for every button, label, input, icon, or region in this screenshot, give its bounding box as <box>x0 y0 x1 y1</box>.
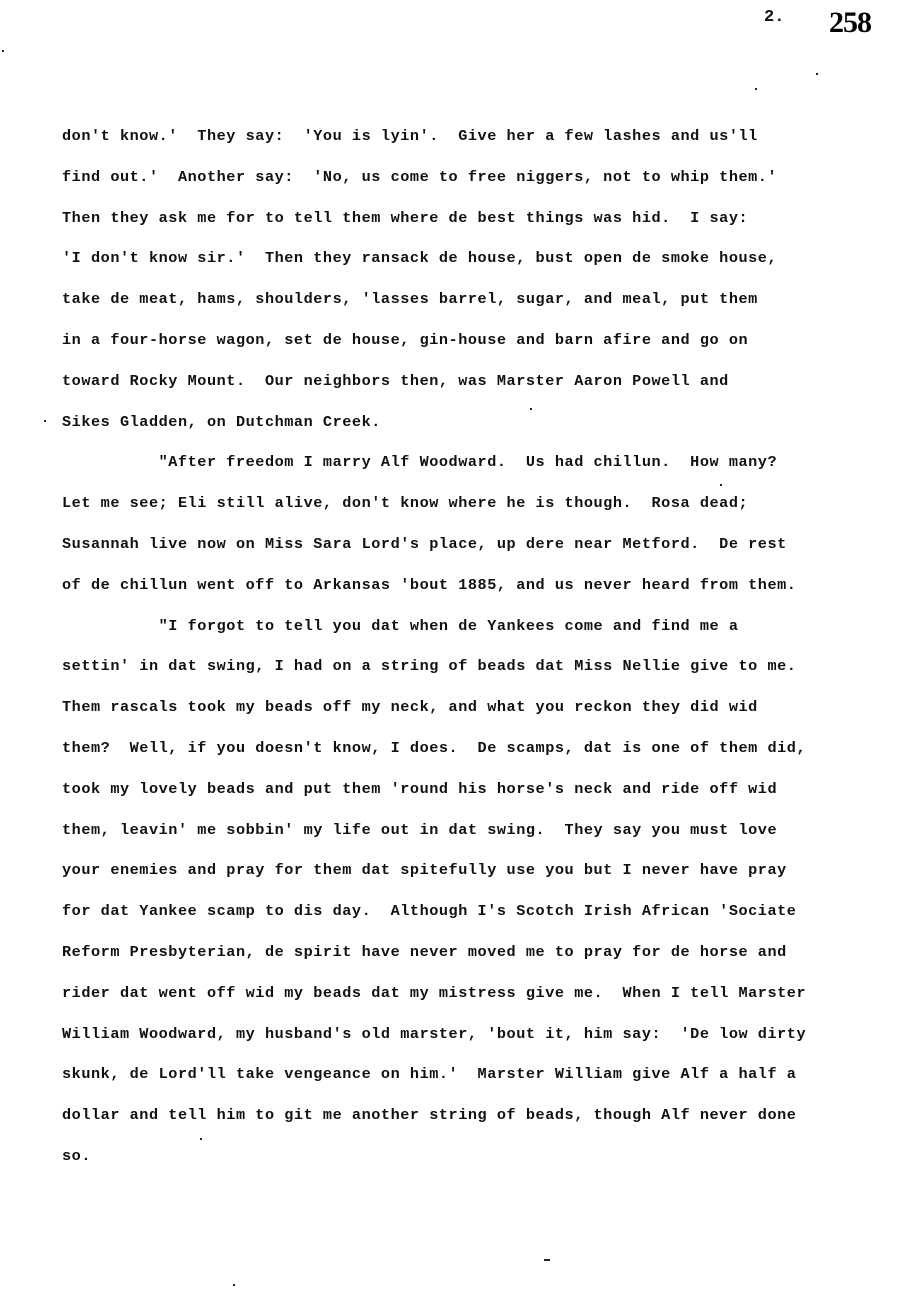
text-line: Susannah live now on Miss Sara Lord's pl… <box>62 534 787 554</box>
text-line: skunk, de Lord'll take vengeance on him.… <box>62 1064 796 1084</box>
page-sub-number: 2. <box>764 8 784 27</box>
text-line: Sikes Gladden, on Dutchman Creek. <box>62 412 381 432</box>
text-line: don't know.' They say: 'You is lyin'. Gi… <box>62 126 758 146</box>
text-line: them? Well, if you doesn't know, I does.… <box>62 738 806 758</box>
text-line: "I forgot to tell you dat when de Yankee… <box>62 616 738 636</box>
scan-speck <box>816 73 818 75</box>
text-line: "After freedom I marry Alf Woodward. Us … <box>62 452 777 472</box>
page-stamp-number: 258 <box>829 6 871 40</box>
text-line: your enemies and pray for them dat spite… <box>62 860 787 880</box>
text-line: rider dat went off wid my beads dat my m… <box>62 983 806 1003</box>
text-line: William Woodward, my husband's old marst… <box>62 1024 806 1044</box>
scan-speck <box>200 1138 202 1140</box>
text-line: toward Rocky Mount. Our neighbors then, … <box>62 371 729 391</box>
text-line: dollar and tell him to git me another st… <box>62 1105 796 1125</box>
text-line: find out.' Another say: 'No, us come to … <box>62 167 777 187</box>
scan-speck <box>530 408 532 410</box>
text-line: them, leavin' me sobbin' my life out in … <box>62 820 777 840</box>
text-line: for dat Yankee scamp to dis day. Althoug… <box>62 901 796 921</box>
text-line: in a four-horse wagon, set de house, gin… <box>62 330 748 350</box>
text-line: settin' in dat swing, I had on a string … <box>62 656 796 676</box>
scan-speck <box>44 420 46 422</box>
text-line: Then they ask me for to tell them where … <box>62 208 748 228</box>
text-line: Let me see; Eli still alive, don't know … <box>62 493 748 513</box>
text-line: take de meat, hams, shoulders, 'lasses b… <box>62 289 758 309</box>
text-line: 'I don't know sir.' Then they ransack de… <box>62 248 777 268</box>
text-line: so. <box>62 1146 91 1166</box>
document-page: 2. 258 don't know.' They say: 'You is ly… <box>0 0 900 1308</box>
scan-speck <box>2 50 4 52</box>
scan-speck <box>755 88 757 90</box>
text-line: Them rascals took my beads off my neck, … <box>62 697 758 717</box>
scan-speck <box>544 1259 550 1261</box>
text-line: Reform Presbyterian, de spirit have neve… <box>62 942 787 962</box>
scan-speck <box>233 1284 235 1286</box>
text-line: of de chillun went off to Arkansas 'bout… <box>62 575 796 595</box>
scan-speck <box>720 484 722 486</box>
text-line: took my lovely beads and put them 'round… <box>62 779 777 799</box>
